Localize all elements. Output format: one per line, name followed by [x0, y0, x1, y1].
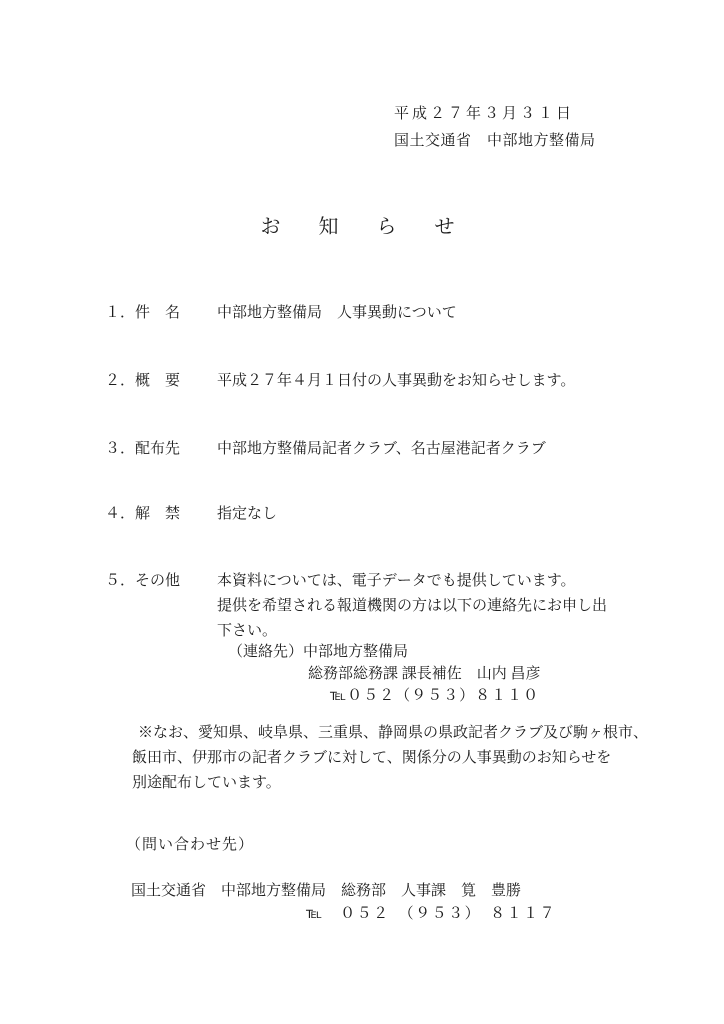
item-label: １．件 名	[105, 301, 217, 322]
document-header: 平成２７年３月３１日 国土交通省 中部地方整備局	[394, 101, 596, 155]
item-content-line: 提供を希望される報道機関の方は以下の連絡先にお申し出	[217, 594, 607, 619]
item-label: ５．その他	[105, 569, 217, 590]
notice-item-other: ５．その他 本資料については、電子データでも提供しています。 提供を希望される報…	[105, 569, 607, 644]
item-label: ４．解 禁	[105, 502, 217, 523]
item-content: 本資料については、電子データでも提供しています。 提供を希望される報道機関の方は…	[217, 569, 607, 644]
item-content: 中部地方整備局 人事異動について	[217, 301, 457, 322]
notice-document: 平成２７年３月３１日 国土交通省 中部地方整備局 お 知 ら せ １．件 名中部…	[0, 0, 724, 1024]
contact-organization: （連絡先）中部地方整備局	[228, 640, 408, 661]
inquiry-heading: （問い合わせ先）	[126, 833, 254, 854]
notice-item-embargo: ４．解 禁指定なし	[105, 502, 277, 523]
contact-phone: ℡０５２（９５３）８１１０	[330, 684, 539, 705]
note-line: 別途配布しています。	[132, 771, 648, 796]
item-content: 平成２７年４月１日付の人事異動をお知らせします。	[217, 369, 575, 390]
note-line: 飯田市、伊那市の記者クラブに対して、関係分の人事異動のお知らせを	[132, 746, 648, 771]
notice-item-distribution: ３．配布先中部地方整備局記者クラブ、名古屋港記者クラブ	[105, 437, 546, 458]
item-content: 指定なし	[217, 502, 277, 523]
notice-item-subject: １．件 名中部地方整備局 人事異動について	[105, 301, 457, 322]
item-content: 中部地方整備局記者クラブ、名古屋港記者クラブ	[217, 437, 546, 458]
issue-date: 平成２７年３月３１日	[394, 101, 596, 128]
issuing-organization: 国土交通省 中部地方整備局	[394, 128, 596, 155]
item-label: ３．配布先	[105, 437, 217, 458]
item-label: ２．概 要	[105, 369, 217, 390]
note-line: ※なお、愛知県、岐阜県、三重県、静岡県の県政記者クラブ及び駒ヶ根市、	[132, 721, 648, 746]
item-content-line: 本資料については、電子データでも提供しています。	[217, 569, 607, 594]
inquiry-contact: 国土交通省 中部地方整備局 総務部 人事課 筧 豊勝	[131, 879, 521, 900]
inquiry-phone: ℡ ０５２ （９５３） ８１１７	[306, 902, 556, 923]
note-paragraph: ※なお、愛知県、岐阜県、三重県、静岡県の県政記者クラブ及び駒ヶ根市、 飯田市、伊…	[132, 721, 648, 796]
contact-person: 総務部総務課 課長補佐 山内 昌彦	[308, 662, 541, 683]
page-title: お 知 ら せ	[0, 210, 724, 239]
notice-item-summary: ２．概 要平成２７年４月１日付の人事異動をお知らせします。	[105, 369, 575, 390]
